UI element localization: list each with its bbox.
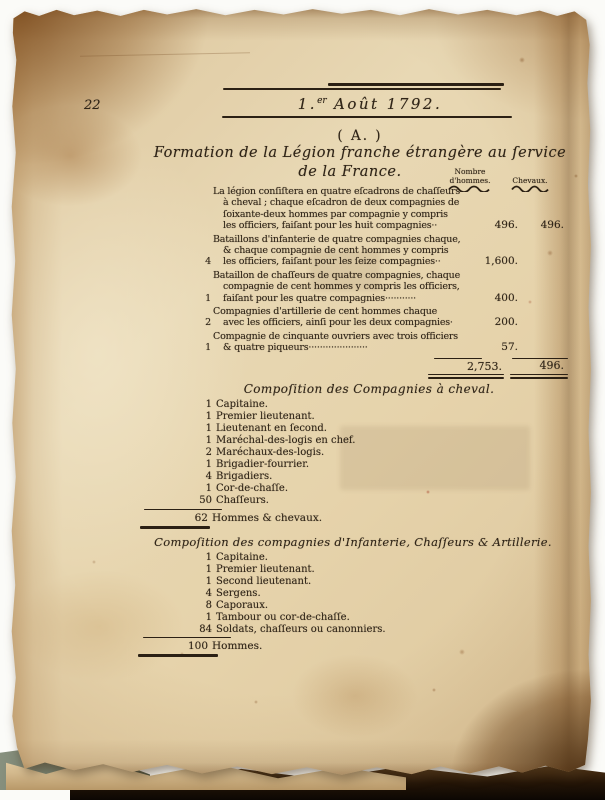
- rank-row: 50Chaſſeurs.: [192, 495, 550, 507]
- rank-label: Brigadier-fourrier.: [216, 459, 309, 471]
- item-hommes-value: 1,600.: [466, 256, 518, 267]
- item-text: Bataillon de chaſſeurs de quatre compagn…: [213, 270, 466, 304]
- rank-label: Premier lieutenant.: [216, 564, 315, 576]
- item-hommes-value: 400.: [466, 293, 518, 304]
- rank-row: 1Lieutenant en ſecond.: [192, 423, 550, 435]
- infantry-composition-heading: Compoſition des compagnies d'Infanterie,…: [138, 535, 568, 549]
- paper-crease: [80, 52, 250, 59]
- item-chevaux-value: 496.: [518, 220, 564, 231]
- rank-label: Premier lieutenant.: [216, 411, 315, 423]
- item-text: Compagnie de cinquante ouvriers avec tro…: [213, 331, 466, 354]
- rank-row: 1Premier lieutenant.: [192, 564, 550, 576]
- text-column: La légion conſiſtera en quatre eſcadrons…: [188, 186, 550, 657]
- formation-item: La légion conſiſtera en quatre eſcadrons…: [194, 186, 550, 232]
- cavalry-total-row: 62 Hommes & chevaux.: [188, 512, 550, 524]
- total-double-rule: [428, 377, 504, 379]
- rank-label: Cor-de-chaſſe.: [216, 483, 288, 495]
- total-chevaux: 496.: [510, 359, 564, 372]
- rank-count: 4: [192, 588, 212, 600]
- total-double-rule: [428, 374, 504, 376]
- cavalry-rank-list: 1Capitaine. 1Premier lieutenant. 1Lieute…: [192, 399, 550, 507]
- rank-label: Second lieutenant.: [216, 576, 311, 588]
- rank-count: 1: [192, 459, 212, 471]
- rank-count: 1: [192, 423, 212, 435]
- rank-count: 1: [192, 576, 212, 588]
- rank-count: 50: [192, 495, 212, 507]
- page-number: 22: [84, 98, 101, 113]
- item-count: 4: [194, 256, 211, 267]
- rank-count: 1: [192, 435, 212, 447]
- subtotal-rule-thick: [138, 654, 218, 657]
- formation-item: 2 Compagnies d'artillerie de cent hommes…: [194, 306, 550, 329]
- item-text: Compagnies d'artillerie de cent hommes c…: [213, 306, 466, 329]
- cavalry-total-count: 62: [188, 512, 208, 524]
- cavalry-total-label: Hommes & chevaux.: [212, 512, 322, 524]
- column-header-chevaux-label: Chevaux.: [504, 176, 556, 185]
- rank-row: 1Capitaine.: [192, 399, 550, 411]
- item-text: Bataillons d'infanterie de quatre compag…: [213, 234, 466, 268]
- rank-count: 1: [192, 564, 212, 576]
- infantry-rank-list: 1Capitaine. 1Premier lieutenant. 1Second…: [192, 552, 550, 636]
- rank-label: Chaſſeurs.: [216, 495, 269, 507]
- rank-row: 1Premier lieutenant.: [192, 411, 550, 423]
- header-rule-top: [223, 88, 501, 90]
- rank-row: 1Cor-de-chaſſe.: [192, 483, 550, 495]
- formation-item: 1 Compagnie de cinquante ouvriers avec t…: [194, 331, 550, 354]
- item-count: 1: [194, 342, 211, 353]
- date-day: 1.: [298, 95, 317, 113]
- rank-row: 4Brigadiers.: [192, 471, 550, 483]
- rank-row: 1Tambour ou cor-de-chaſſe.: [192, 612, 550, 624]
- infantry-total-label: Hommes.: [212, 640, 262, 652]
- rank-label: Capitaine.: [216, 552, 268, 564]
- rank-row: 2Maréchaux-des-logis.: [192, 447, 550, 459]
- rank-count: 84: [192, 624, 212, 636]
- rank-row: 84Soldats, chaſſeurs ou canonniers.: [192, 624, 550, 636]
- date-ordinal: er: [317, 96, 327, 106]
- subtotal-rule-thick: [140, 526, 210, 529]
- rank-label: Lieutenant en ſecond.: [216, 423, 327, 435]
- date-month-year: Août 1792.: [334, 95, 442, 113]
- rank-label: Maréchal-des-logis en chef.: [216, 435, 355, 447]
- item-hommes-value: 496.: [466, 220, 518, 231]
- rank-count: 4: [192, 471, 212, 483]
- column-header-hommes-line2: d'hommes.: [438, 176, 502, 185]
- rank-row: 8Caporaux.: [192, 600, 550, 612]
- document-title-line1: Formation de la Légion franche étrangère…: [150, 145, 570, 161]
- total-double-rule: [510, 374, 568, 376]
- paper-shadow-wrap: 22 1.er Août 1792. ( A. ) Formation de l…: [0, 0, 582, 772]
- subtotal-rule: [144, 509, 222, 511]
- rank-label: Soldats, chaſſeurs ou canonniers.: [216, 624, 386, 636]
- scanned-document-page: 22 1.er Août 1792. ( A. ) Formation de l…: [0, 0, 605, 800]
- rank-row: 1Capitaine.: [192, 552, 550, 564]
- rank-row: 1Brigadier-fourrier.: [192, 459, 550, 471]
- total-hommes: 2,753.: [428, 360, 502, 373]
- header-rule-bottom: [222, 116, 512, 118]
- header-rule-top-thick: [328, 83, 504, 86]
- rank-label: Sergens.: [216, 588, 261, 600]
- infantry-total-count: 100: [188, 640, 208, 652]
- item-hommes-value: 200.: [466, 317, 518, 328]
- formation-item: 1 Bataillon de chaſſeurs de quatre compa…: [194, 270, 550, 304]
- rank-count: 2: [192, 447, 212, 459]
- rank-row: 1Maréchal-des-logis en chef.: [192, 435, 550, 447]
- rank-label: Capitaine.: [216, 399, 268, 411]
- rank-count: 1: [192, 411, 212, 423]
- formation-item: 4 Bataillons d'infanterie de quatre comp…: [194, 234, 550, 268]
- rank-count: 1: [192, 612, 212, 624]
- rank-label: Maréchaux-des-logis.: [216, 447, 324, 459]
- column-header-hommes-line1: Nombre: [438, 167, 502, 176]
- rank-row: 4Sergens.: [192, 588, 550, 600]
- item-text: La légion conſiſtera en quatre eſcadrons…: [213, 186, 466, 232]
- item-count: 1: [194, 293, 211, 304]
- rank-count: 8: [192, 600, 212, 612]
- item-hommes-value: 57.: [466, 342, 518, 353]
- subtotal-rule: [143, 637, 231, 639]
- infantry-total-row: 100 Hommes.: [188, 640, 550, 652]
- rank-label: Brigadiers.: [216, 471, 272, 483]
- cavalry-composition-heading: Compoſition des Compagnies à cheval.: [188, 382, 550, 396]
- rank-label: Tambour ou cor-de-chaſſe.: [216, 612, 350, 624]
- rank-label: Caporaux.: [216, 600, 268, 612]
- date-heading: 1.er Août 1792.: [250, 95, 490, 113]
- item-count: 2: [194, 317, 211, 328]
- grand-totals: 2,753. 496.: [188, 356, 550, 382]
- rank-count: 1: [192, 399, 212, 411]
- rank-count: 1: [192, 552, 212, 564]
- total-double-rule: [510, 377, 568, 379]
- document-paper: 22 1.er Août 1792. ( A. ) Formation de l…: [10, 6, 592, 778]
- section-label: ( A. ): [150, 128, 570, 144]
- rank-count: 1: [192, 483, 212, 495]
- rank-row: 1Second lieutenant.: [192, 576, 550, 588]
